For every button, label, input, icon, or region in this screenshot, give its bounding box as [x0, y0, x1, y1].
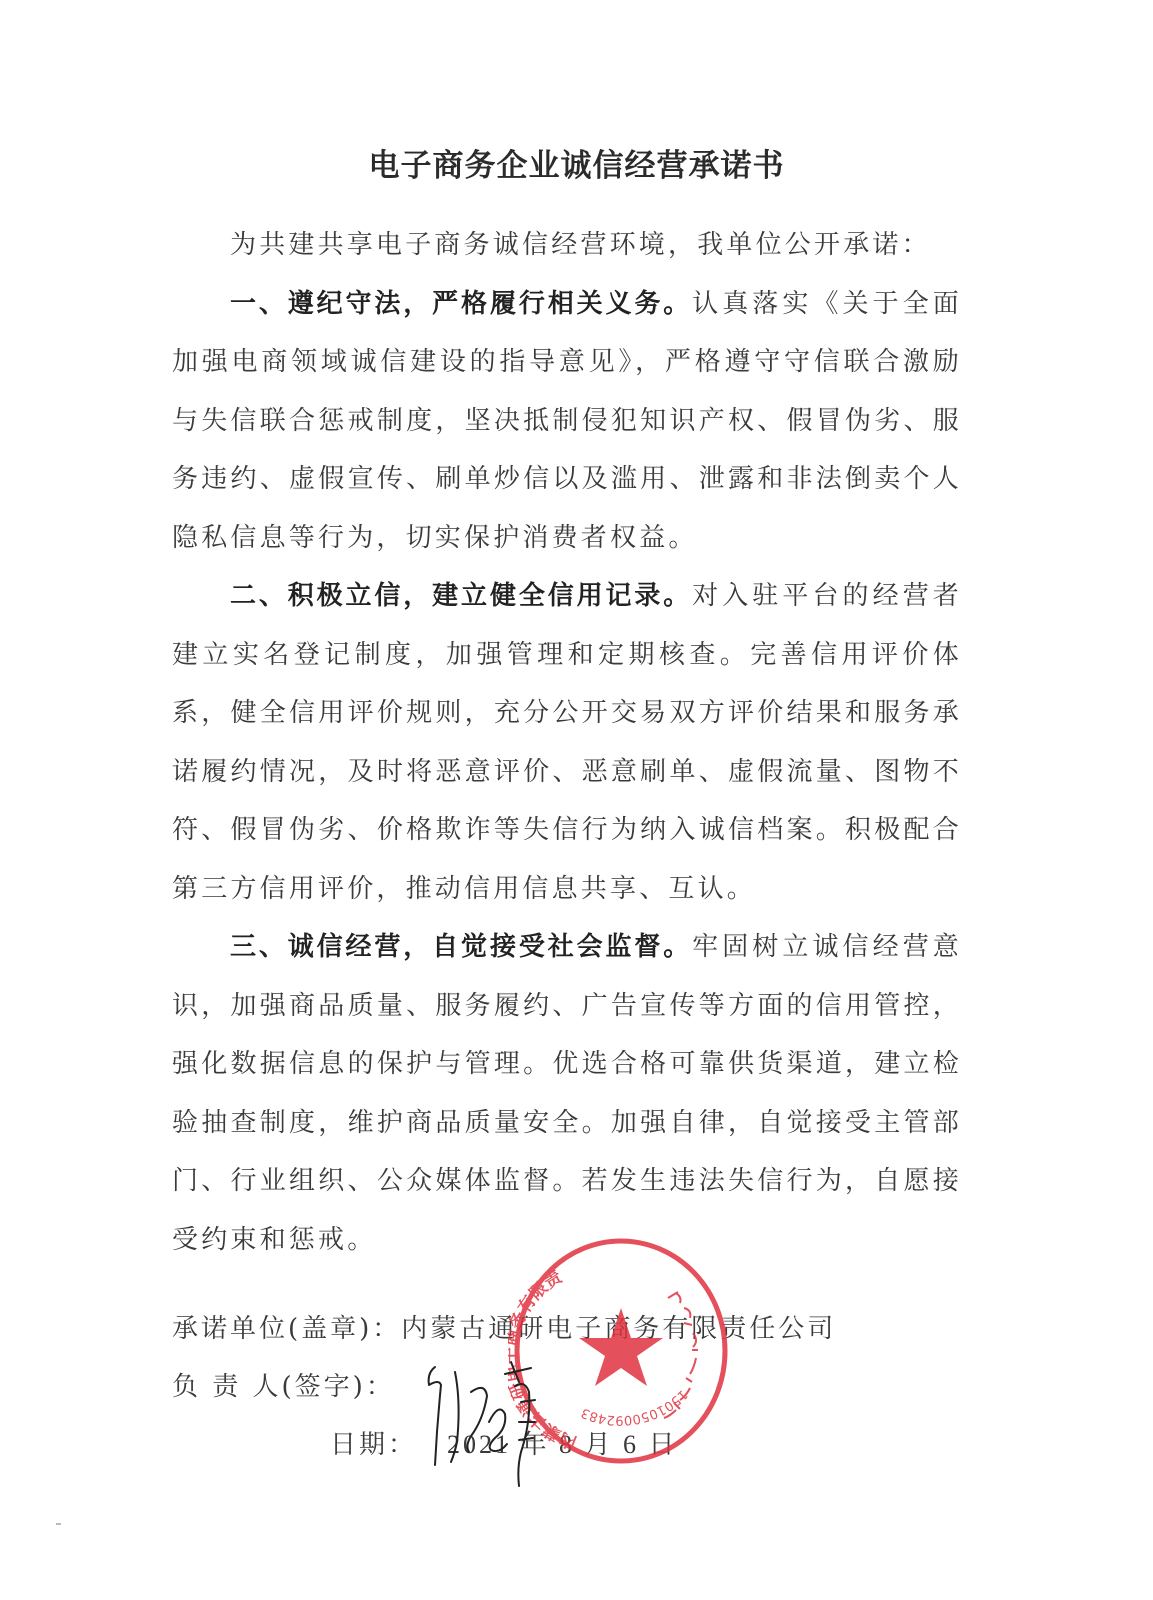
person-label: 负 责 人(签字)： — [172, 1358, 395, 1416]
person-row: 负 责 人(签字)： — [172, 1358, 836, 1416]
section-3: 三、诚信经营，自觉接受社会监督。牢固树立诚信经营意识，加强商品质量、服务履约、广… — [172, 918, 962, 1269]
intro-paragraph: 为共建共享电子商务诚信经营环境，我单位公开承诺： — [172, 216, 962, 275]
signoff-block: 承诺单位(盖章)：内蒙古通研电子商务有限责任公司 负 责 人(签字)： 日期：2… — [172, 1300, 836, 1474]
unit-row: 承诺单位(盖章)：内蒙古通研电子商务有限责任公司 — [172, 1300, 836, 1358]
section-1-body: 认真落实《关于全面加强电商领域诚信建设的指导意见》，严格遵守守信联合激励与失信联… — [172, 289, 962, 553]
section-1: 一、遵纪守法，严格履行相关义务。认真落实《关于全面加强电商领域诚信建设的指导意见… — [172, 275, 962, 568]
section-2-heading: 二、积极立信，建立健全信用记录。 — [230, 581, 692, 611]
document-body: 为共建共享电子商务诚信经营环境，我单位公开承诺： 一、遵纪守法，严格履行相关义务… — [172, 216, 962, 1269]
section-3-heading: 三、诚信经营，自觉接受社会监督。 — [230, 932, 692, 962]
unit-value: 内蒙古通研电子商务有限责任公司 — [401, 1314, 836, 1344]
section-3-body: 牢固树立诚信经营意识，加强商品质量、服务履约、广告宣传等方面的信用管控，强化数据… — [172, 932, 962, 1255]
document-page: 电子商务企业诚信经营承诺书 为共建共享电子商务诚信经营环境，我单位公开承诺： 一… — [0, 0, 1153, 1600]
date-label: 日期： — [330, 1430, 417, 1460]
date-value: 2021 年 8 月 6 日 — [447, 1430, 678, 1459]
unit-label: 承诺单位(盖章)： — [172, 1300, 401, 1358]
date-row: 日期：2021 年 8 月 6 日 — [172, 1416, 836, 1474]
scan-artifact — [56, 1523, 61, 1525]
section-2-body: 对入驻平台的经营者建立实名登记制度，加强管理和定期核查。完善信用评价体系，健全信… — [172, 581, 962, 904]
section-2: 二、积极立信，建立健全信用记录。对入驻平台的经营者建立实名登记制度，加强管理和定… — [172, 567, 962, 918]
section-1-heading: 一、遵纪守法，严格履行相关义务。 — [230, 289, 692, 319]
document-title: 电子商务企业诚信经营承诺书 — [0, 140, 1153, 185]
